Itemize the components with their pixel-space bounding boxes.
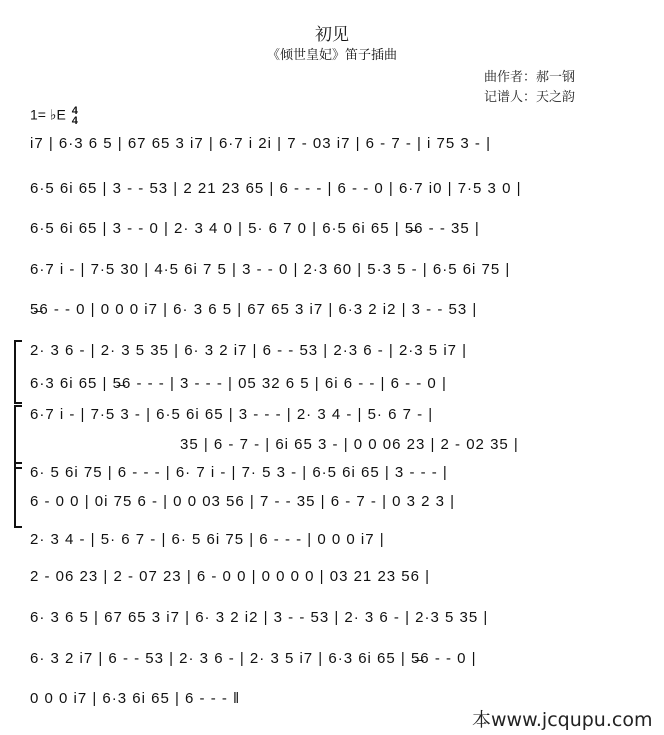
score-row: 6·7 i - | 7·5 30 | 4·5 6i 7 5 | 3 - - 0 … [30,261,650,278]
system-bracket [14,340,22,404]
transcriber-credit: 记谱人：天之韵 [484,86,575,105]
score-row-upper: 6· 5 6i 75 | 6 - - - | 6· 7 i - | 7· 5 3… [30,464,650,481]
key-text: 1= ♭E [30,107,66,123]
score-row: i7 | 6·3 6 5 | 67 65 3 i7 | 6·7 i 2i | 7… [30,135,650,152]
time-signature: 4 4 [72,106,78,126]
score-row-lower: 35 | 6 - 7 - | 6i 65 3 - | 0 0 06 23 | 2… [180,436,650,453]
score-row: 5̶6 - - 0 | 0 0 0 i7 | 6· 3 6 5 | 67 65 … [30,301,650,318]
key-signature: 1= ♭E 4 4 [30,106,78,126]
score-row: 6·5 6i 65 | 3 - - 0 | 2· 3 4 0 | 5· 6 7 … [30,220,650,237]
score-row-upper: 2· 3 6 - | 2· 3 5 35 | 6· 3 2 i7 | 6 - -… [30,342,650,359]
song-subtitle: 《倾世皇妃》笛子插曲 [0,44,664,63]
score-row: 2 - 06 23 | 2 - 07 23 | 6 - 0 0 | 0 0 0 … [30,568,650,585]
score-row-lower: 6·3 6i 65 | 5̶6 - - - | 3 - - - | 05 32 … [30,375,650,392]
system-bracket [14,462,22,528]
system-bracket [14,405,22,469]
score-row: 6· 3 6 5 | 67 65 3 i7 | 6· 3 2 i2 | 3 - … [30,609,650,626]
score-row-lower: 6 - 0 0 | 0i 75 6 - | 0 0 03 56 | 7 - - … [30,493,650,510]
score-row-upper: 6·7 i - | 7·5 3 - | 6·5 6i 65 | 3 - - - … [30,406,650,423]
watermark: 本www.jcqupu.com [472,705,652,732]
score-row: 6·5 6i 65 | 3 - - 53 | 2 21 23 65 | 6 - … [30,180,650,197]
score-row: 2· 3 4 - | 5· 6 7 - | 6· 5 6i 75 | 6 - -… [30,531,650,548]
score-row: 6· 3 2 i7 | 6 - - 53 | 2· 3 6 - | 2· 3 5… [30,650,650,667]
composer-credit: 曲作者：郝一钢 [484,66,575,85]
song-title: 初见 [0,20,664,45]
